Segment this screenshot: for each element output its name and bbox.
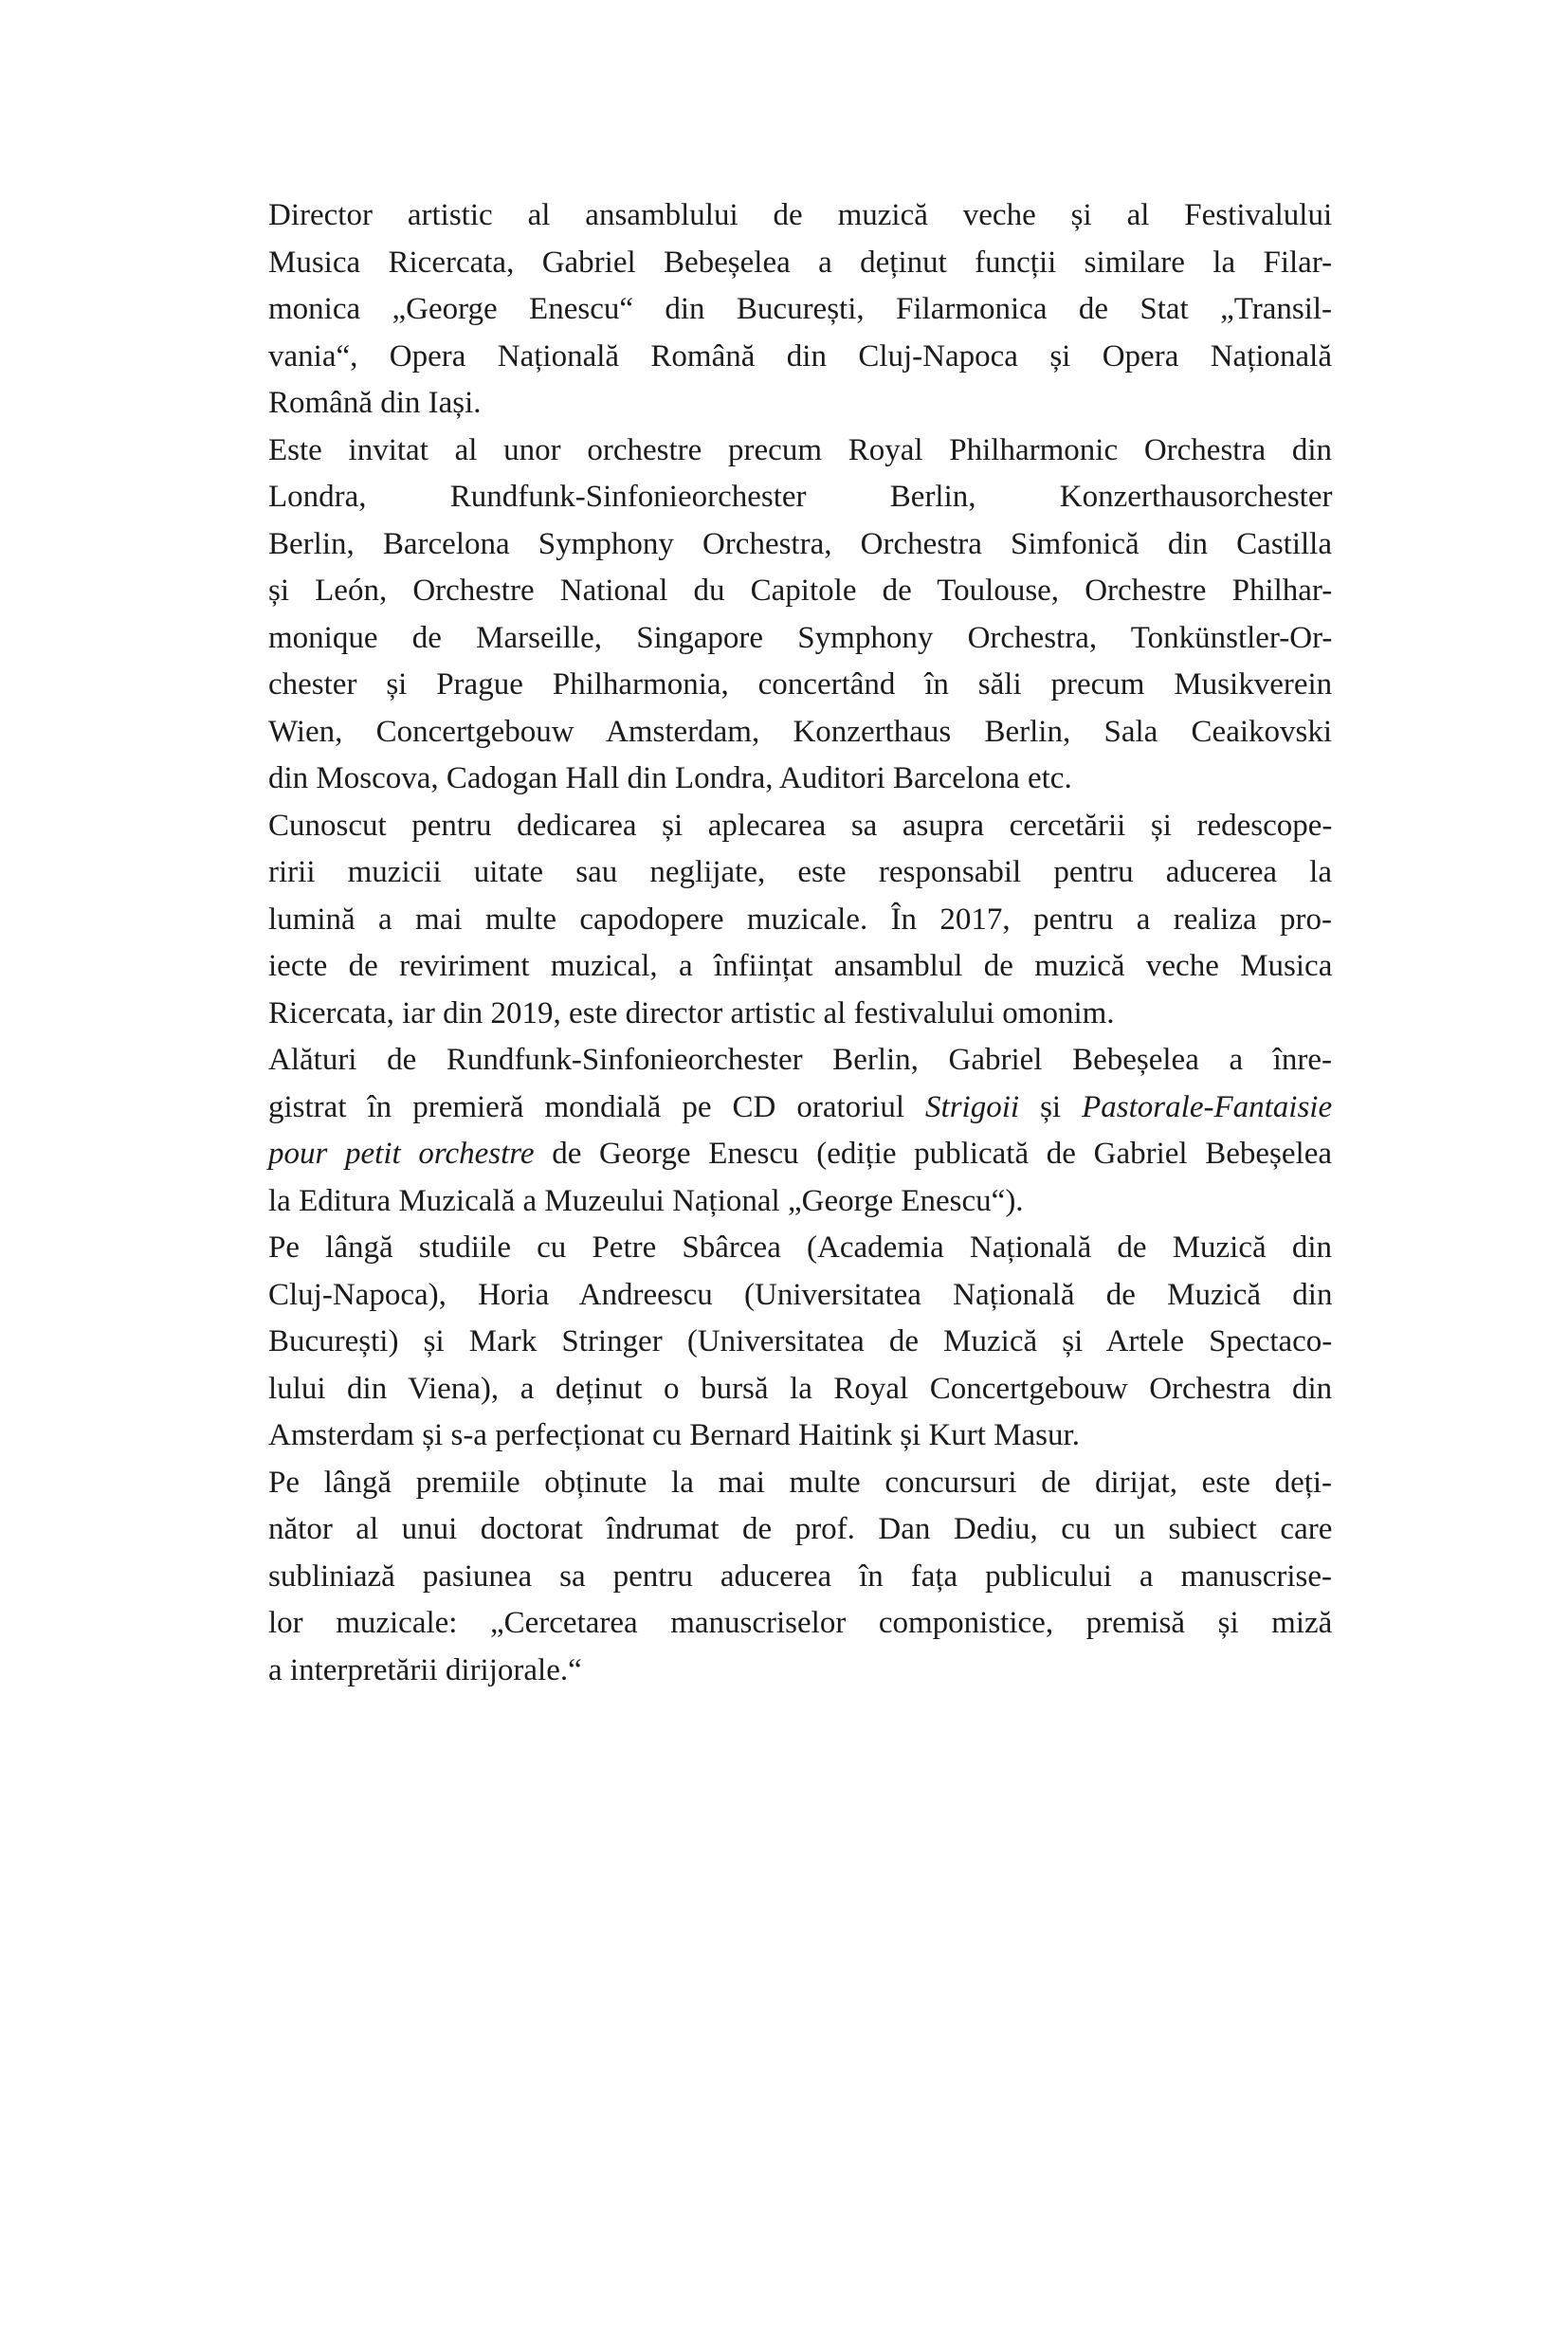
text-segment: gistrat în premieră mondială pe CD orato…	[268, 1090, 925, 1124]
text-line: subliniază pasiunea sa pentru aducerea î…	[268, 1554, 1332, 1601]
paragraph-5: Pe lângă studiile cu Petre Sbârcea (Acad…	[268, 1225, 1332, 1460]
text-segment: Română din Iași.	[268, 386, 482, 420]
text-line: pour petit orchestre de George Enescu (e…	[268, 1131, 1332, 1178]
text-line: din Moscova, Cadogan Hall din Londra, Au…	[268, 756, 1332, 803]
text-segment: de George Enescu (ediție publicată de Ga…	[535, 1137, 1332, 1171]
body-text: Director artistic al ansamblului de muzi…	[268, 192, 1332, 1694]
text-segment: Pe lângă premiile obținute la mai multe …	[268, 1466, 1332, 1500]
text-line: nător al unui doctorat îndrumat de prof.…	[268, 1506, 1332, 1554]
text-line: lului din Viena), a deținut o bursă la R…	[268, 1366, 1332, 1413]
paragraph-1: Director artistic al ansamblului de muzi…	[268, 192, 1332, 428]
text-segment: Londra, Rundfunk-Sinfonieorchester Berli…	[268, 480, 1332, 514]
text-segment: Alături de Rundfunk-Sinfonieorchester Be…	[268, 1043, 1332, 1077]
text-segment: București) și Mark Stringer (Universitat…	[268, 1324, 1332, 1358]
text-line: monique de Marseille, Singapore Symphony…	[268, 615, 1332, 663]
text-line: Cluj-Napoca), Horia Andreescu (Universit…	[268, 1272, 1332, 1320]
text-line: Română din Iași.	[268, 380, 1332, 428]
text-segment: nător al unui doctorat îndrumat de prof.…	[268, 1512, 1332, 1546]
text-line: Alături de Rundfunk-Sinfonieorchester Be…	[268, 1037, 1332, 1084]
paragraph-3: Cunoscut pentru dedicarea și aplecarea s…	[268, 803, 1332, 1038]
text-line: Pe lângă studiile cu Petre Sbârcea (Acad…	[268, 1225, 1332, 1272]
text-segment: ririi muzicii uitate sau neglijate, este…	[268, 855, 1332, 889]
text-line: iecte de reviriment muzical, a înființat…	[268, 943, 1332, 991]
text-segment: lului din Viena), a deținut o bursă la R…	[268, 1372, 1332, 1406]
text-line: Pe lângă premiile obținute la mai multe …	[268, 1460, 1332, 1507]
document-page: Director artistic al ansamblului de muzi…	[0, 0, 1568, 2351]
text-segment: din Moscova, Cadogan Hall din Londra, Au…	[268, 761, 1072, 795]
text-line: lumină a mai multe capodopere muzicale. …	[268, 897, 1332, 944]
text-line: a interpretării dirijorale.“	[268, 1648, 1332, 1695]
text-line: ririi muzicii uitate sau neglijate, este…	[268, 849, 1332, 897]
text-segment: Cunoscut pentru dedicarea și aplecarea s…	[268, 809, 1332, 843]
text-line: Director artistic al ansamblului de muzi…	[268, 192, 1332, 240]
text-segment: iecte de reviriment muzical, a înființat…	[268, 949, 1332, 983]
text-segment: la Editura Muzicală a Muzeului Național …	[268, 1184, 1024, 1218]
text-segment: a interpretării dirijorale.“	[268, 1653, 582, 1687]
text-segment: lumină a mai multe capodopere muzicale. …	[268, 902, 1332, 937]
text-segment: Este invitat al unor orchestre precum Ro…	[268, 433, 1332, 467]
italic-title: pour petit orchestre	[268, 1137, 535, 1171]
text-line: gistrat în premieră mondială pe CD orato…	[268, 1084, 1332, 1132]
paragraph-4: Alături de Rundfunk-Sinfonieorchester Be…	[268, 1037, 1332, 1225]
text-line: Este invitat al unor orchestre precum Ro…	[268, 428, 1332, 475]
text-segment: și León, Orchestre National du Capitole …	[268, 574, 1332, 608]
text-line: monica „George Enescu“ din București, Fi…	[268, 286, 1332, 334]
text-segment: Director artistic al ansamblului de muzi…	[268, 198, 1332, 232]
text-line: la Editura Muzicală a Muzeului Național …	[268, 1178, 1332, 1226]
paragraph-6: Pe lângă premiile obținute la mai multe …	[268, 1460, 1332, 1695]
text-line: Amsterdam și s-a perfecționat cu Bernard…	[268, 1412, 1332, 1460]
text-line: chester și Prague Philharmonia, concertâ…	[268, 662, 1332, 709]
text-segment: Berlin, Barcelona Symphony Orchestra, Or…	[268, 527, 1332, 561]
text-line: București) și Mark Stringer (Universitat…	[268, 1319, 1332, 1366]
text-segment: monique de Marseille, Singapore Symphony…	[268, 621, 1332, 655]
italic-title: Pastorale-Fantaisie	[1082, 1090, 1332, 1124]
text-segment: chester și Prague Philharmonia, concertâ…	[268, 667, 1332, 702]
text-segment: Cluj-Napoca), Horia Andreescu (Universit…	[268, 1278, 1332, 1312]
text-segment: subliniază pasiunea sa pentru aducerea î…	[268, 1559, 1332, 1594]
text-segment: Ricercata, iar din 2019, este director a…	[268, 996, 1115, 1030]
text-segment: Amsterdam și s-a perfecționat cu Bernard…	[268, 1418, 1080, 1452]
italic-title: Strigoii	[925, 1090, 1019, 1124]
text-segment: monica „George Enescu“ din București, Fi…	[268, 292, 1332, 326]
text-segment: Wien, Concertgebouw Amsterdam, Konzertha…	[268, 715, 1332, 749]
text-line: vania“, Opera Națională Română din Cluj-…	[268, 334, 1332, 381]
text-line: Cunoscut pentru dedicarea și aplecarea s…	[268, 803, 1332, 850]
text-line: Londra, Rundfunk-Sinfonieorchester Berli…	[268, 474, 1332, 521]
text-segment: vania“, Opera Națională Română din Cluj-…	[268, 339, 1332, 374]
text-segment: Pe lângă studiile cu Petre Sbârcea (Acad…	[268, 1230, 1332, 1265]
text-line: Musica Ricercata, Gabriel Bebeșelea a de…	[268, 240, 1332, 287]
text-line: Ricercata, iar din 2019, este director a…	[268, 991, 1332, 1038]
text-line: și León, Orchestre National du Capitole …	[268, 568, 1332, 615]
text-segment: și	[1019, 1090, 1082, 1124]
text-line: lor muzicale: „Cercetarea manuscriselor …	[268, 1600, 1332, 1648]
text-line: Berlin, Barcelona Symphony Orchestra, Or…	[268, 521, 1332, 569]
paragraph-2: Este invitat al unor orchestre precum Ro…	[268, 428, 1332, 803]
text-line: Wien, Concertgebouw Amsterdam, Konzertha…	[268, 709, 1332, 756]
text-segment: Musica Ricercata, Gabriel Bebeșelea a de…	[268, 246, 1332, 280]
text-segment: lor muzicale: „Cercetarea manuscriselor …	[268, 1606, 1332, 1640]
